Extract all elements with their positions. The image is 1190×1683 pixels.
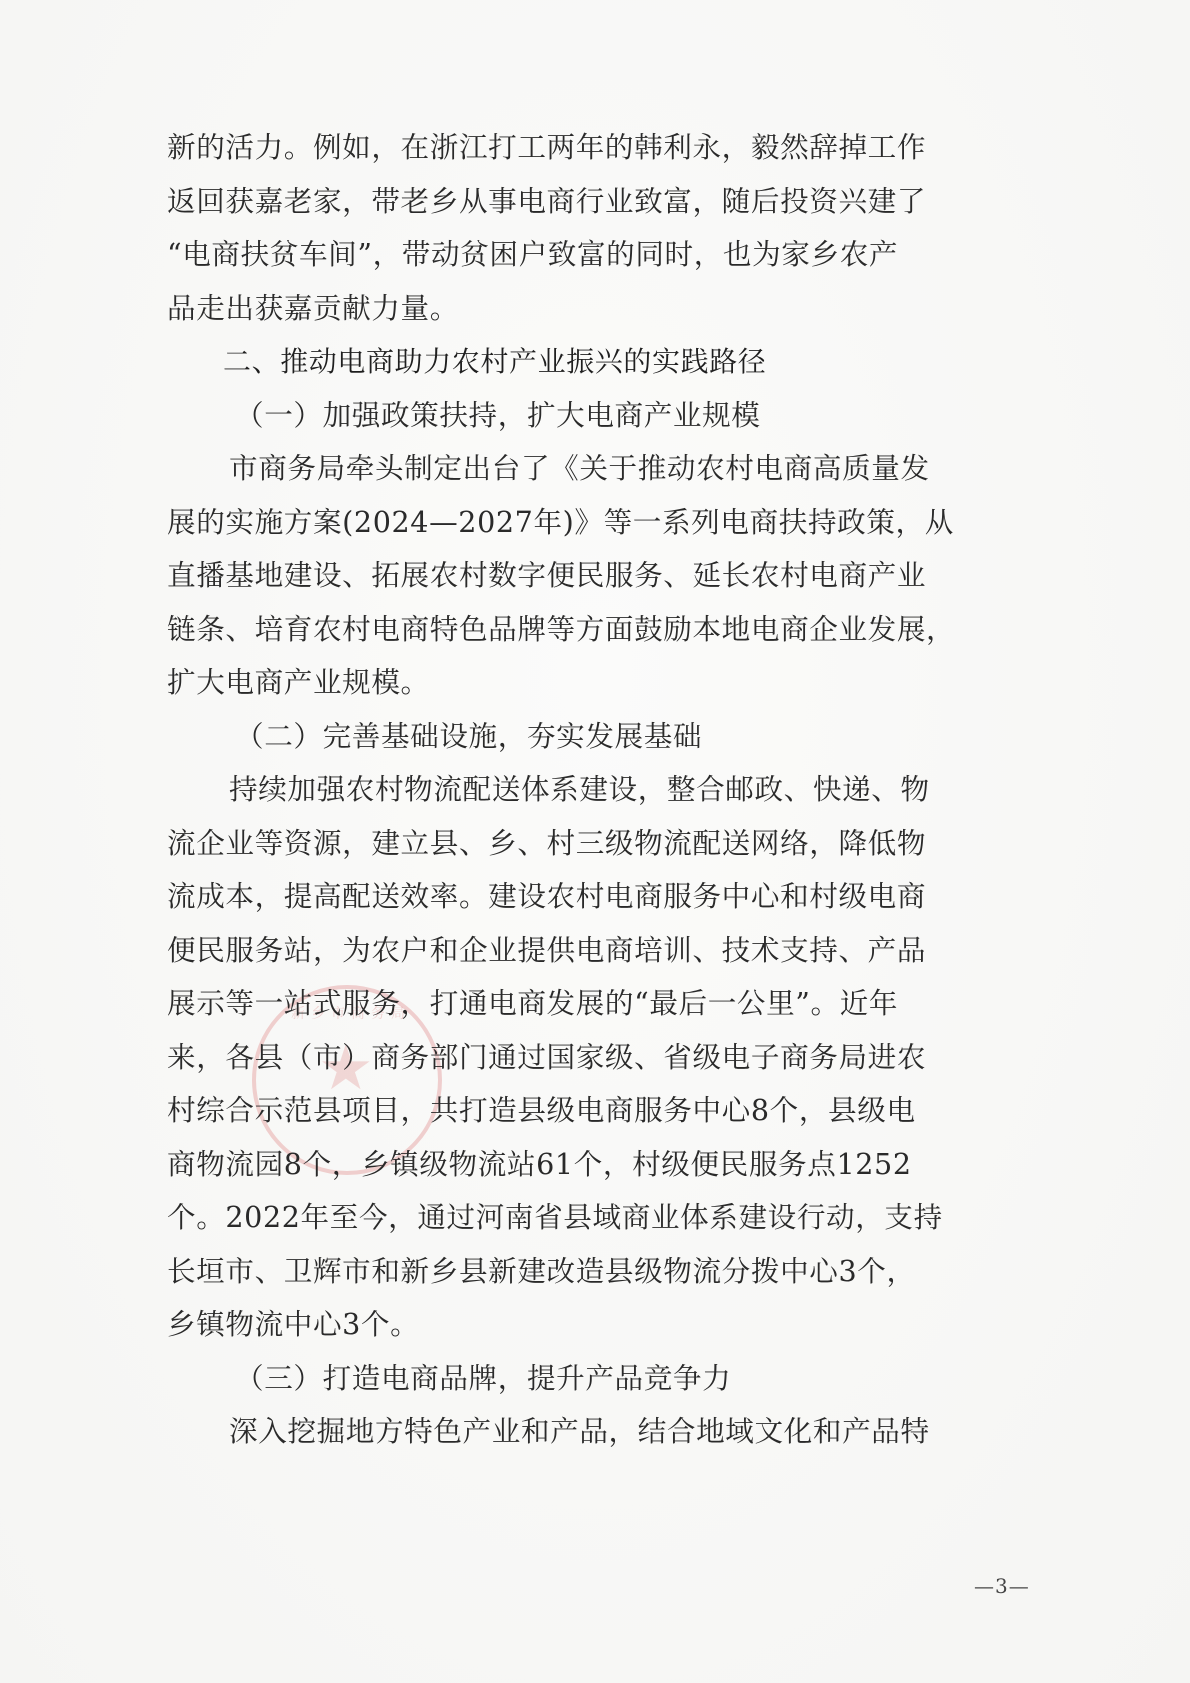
subsection-heading: （二）完善基础设施，夯实发展基础 <box>167 710 967 764</box>
text-line: 链条、培育农村电商特色品牌等方面鼓励本地电商企业发展， <box>167 603 967 657</box>
paragraph-start: 市商务局牵头制定出台了《关于推动农村电商高质量发 <box>167 442 967 496</box>
text-line: “电商扶贫车间”，带动贫困户致富的同时，也为家乡农产 <box>167 228 967 282</box>
text-line: 个。2022年至今，通过河南省县域商业体系建设行动，支持 <box>167 1191 967 1245</box>
section-heading: 二、推动电商助力农村产业振兴的实践路径 <box>167 335 967 389</box>
text-line: 直播基地建设、拓展农村数字便民服务、延长农村电商产业 <box>167 549 967 603</box>
subsection-heading: （三）打造电商品牌，提升产品竞争力 <box>167 1352 967 1406</box>
text-line: 展的实施方案(2024—2027年)》等一系列电商扶持政策，从 <box>167 496 967 550</box>
text-line: 新的活力。例如，在浙江打工两年的韩利永，毅然辞掉工作 <box>167 121 967 175</box>
text-line: 展示等一站式服务，打通电商发展的“最后一公里”。近年 <box>167 977 967 1031</box>
paragraph-start: 深入挖掘地方特色产业和产品，结合地域文化和产品特 <box>167 1405 967 1459</box>
text-line: 来，各县（市）商务部门通过国家级、省级电子商务局进农 <box>167 1031 967 1085</box>
text-line: 流成本，提高配送效率。建设农村电商服务中心和村级电商 <box>167 870 967 924</box>
text-line: 返回获嘉老家，带老乡从事电商行业致富，随后投资兴建了 <box>167 175 967 229</box>
text-line: 商物流园8个，乡镇级物流站61个，村级便民服务点1252 <box>167 1138 967 1192</box>
page-number: —3— <box>974 1574 1030 1598</box>
document-body: 新的活力。例如，在浙江打工两年的韩利永，毅然辞掉工作 返回获嘉老家，带老乡从事电… <box>167 121 967 1459</box>
text-line: 村综合示范县项目，共打造县级电商服务中心8个，县级电 <box>167 1084 967 1138</box>
document-page: 新乡市商务局 ★ 新的活力。例如，在浙江打工两年的韩利永，毅然辞掉工作 返回获嘉… <box>0 0 1190 1683</box>
subsection-heading: （一）加强政策扶持，扩大电商产业规模 <box>167 389 967 443</box>
text-line: 品走出获嘉贡献力量。 <box>167 282 967 336</box>
text-line: 扩大电商产业规模。 <box>167 656 967 710</box>
text-line: 流企业等资源，建立县、乡、村三级物流配送网络，降低物 <box>167 817 967 871</box>
text-line: 便民服务站，为农户和企业提供电商培训、技术支持、产品 <box>167 924 967 978</box>
text-line: 长垣市、卫辉市和新乡县新建改造县级物流分拨中心3个， <box>167 1245 967 1299</box>
text-line: 乡镇物流中心3个。 <box>167 1298 967 1352</box>
paragraph-start: 持续加强农村物流配送体系建设，整合邮政、快递、物 <box>167 763 967 817</box>
